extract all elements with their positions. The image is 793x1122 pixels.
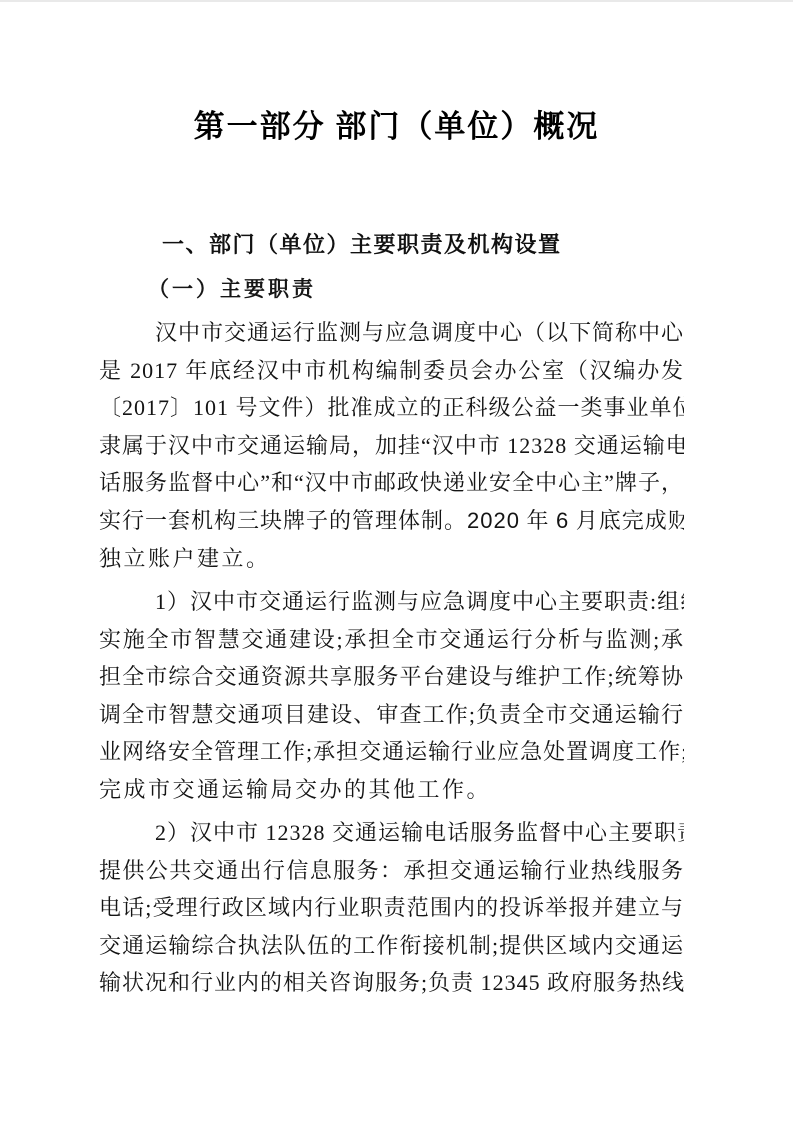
- body-line: 交通运输综合执法队伍的工作衔接机制;提供区域内交通运: [99, 927, 684, 965]
- body-line: 调全市智慧交通项目建设、审查工作;负责全市交通运输行: [99, 696, 684, 734]
- month-number: 6: [556, 508, 569, 533]
- paragraph-duties-1: 1）汉中市交通运行监测与应急调度中心主要职责:组织 实施全市智慧交通建设;承担全…: [99, 583, 684, 809]
- body-line: 话服务监督中心”和“汉中市邮政快递业安全中心主”牌子，: [99, 464, 684, 502]
- body-line: 输状况和行业内的相关咨询服务;负责 12345 政府服务热线: [99, 964, 684, 1002]
- year-number: 2020: [467, 508, 520, 533]
- body-line: 隶属于汉中市交通运输局，加挂“汉中市 12328 交通运输电: [99, 427, 684, 465]
- body-line: 提供公共交通出行信息服务：承担交通运输行业热线服务: [99, 852, 684, 890]
- body-line: 是 2017 年底经汉中市机构编制委员会办公室（汉编办发: [99, 352, 684, 390]
- body-line: 业网络安全管理工作;承担交通运输行业应急处置调度工作;: [99, 733, 684, 771]
- body-line: 实施全市智慧交通建设;承担全市交通运行分析与监测;承: [99, 621, 684, 659]
- document-title: 第一部分 部门（单位）概况: [0, 101, 793, 146]
- body-line: 完成市交通运输局交办的其他工作。: [99, 771, 684, 809]
- paragraph-overview: 汉中市交通运行监测与应急调度中心（以下简称中心） 是 2017 年底经汉中市机构…: [99, 314, 684, 577]
- body-line: 独立账户建立。: [99, 540, 684, 578]
- body-line: 担全市综合交通资源共享服务平台建设与维护工作;统筹协: [99, 658, 684, 696]
- body-line: 汉中市交通运行监测与应急调度中心（以下简称中心）: [99, 314, 684, 352]
- body-line: 1）汉中市交通运行监测与应急调度中心主要职责:组织: [99, 583, 684, 621]
- body-line: 〔2017〕101 号文件）批准成立的正科级公益一类事业单位，: [99, 389, 684, 427]
- subsection-heading: （一）主要职责: [148, 273, 316, 303]
- body-text-run: 实行一套机构三块牌子的管理体制。: [99, 508, 467, 533]
- body-line: 实行一套机构三块牌子的管理体制。2020 年 6 月底完成财政: [99, 502, 684, 540]
- document-page: 第一部分 部门（单位）概况 一、部门（单位）主要职责及机构设置 （一）主要职责 …: [0, 0, 793, 1122]
- body-text-run: 月底完成财政: [569, 508, 684, 533]
- body-text-run: 年: [520, 508, 556, 533]
- body-line: 2）汉中市 12328 交通运输电话服务监督中心主要职责:: [99, 814, 684, 852]
- section-heading: 一、部门（单位）主要职责及机构设置: [162, 228, 562, 259]
- paragraph-duties-2: 2）汉中市 12328 交通运输电话服务监督中心主要职责: 提供公共交通出行信息…: [99, 814, 684, 1002]
- body-line: 电话;受理行政区域内行业职责范围内的投诉举报并建立与: [99, 889, 684, 927]
